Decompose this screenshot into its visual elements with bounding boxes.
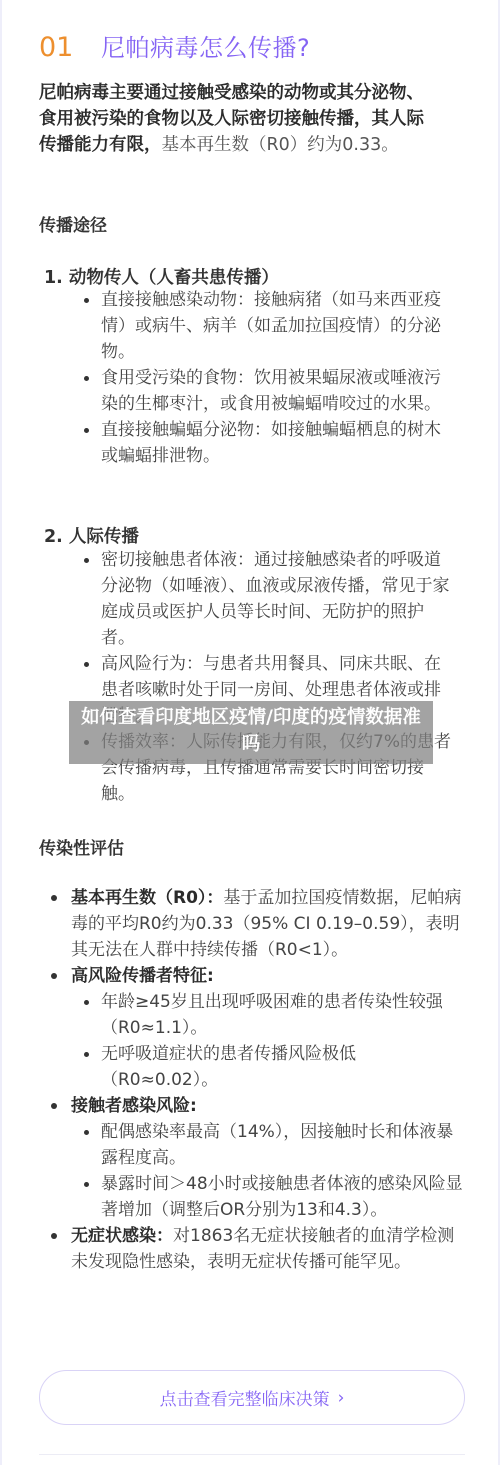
view-clinical-decision-button[interactable]: 点击查看完整临床决策 › xyxy=(39,1370,465,1425)
cta-label: 点击查看完整临床决策 xyxy=(160,1385,330,1410)
list-item: 无呼吸道症状的患者传播风险极低（R0≈0.02）。 xyxy=(81,1041,466,1093)
item-label: 基本再生数（R0）： xyxy=(71,888,223,908)
section-number: 01 xyxy=(39,32,101,63)
routes-group-2-heading: 2. 人际传播 xyxy=(44,523,139,548)
routes-heading: 传播途径 xyxy=(39,211,107,236)
item-label: 高风险传播者特征: xyxy=(71,966,214,986)
article-page: 01 尼帕病毒怎么传播? 尼帕病毒主要通过接触受感染的动物或其分泌物、食用被污染… xyxy=(0,0,500,1465)
list-item-r0: 基本再生数（R0）：基于孟加拉国疫情数据，尼帕病毒的平均R0约为0.33（95%… xyxy=(51,885,466,963)
list-item: 直接接触蝙蝠分泌物：如接触蝙蝠栖息的树木或蝙蝠排泄物。 xyxy=(81,417,451,469)
list-item: 暴露时间＞48小时或接触患者体液的感染风险显著增加（调整后OR分别为13和4.3… xyxy=(81,1171,466,1223)
title-overlay-banner: 如何查看印度地区疫情/印度的疫情数据准吗 xyxy=(69,701,433,764)
section-title: 01 尼帕病毒怎么传播? xyxy=(39,28,310,63)
item-label: 接触者感染风险: xyxy=(71,1096,197,1116)
section-heading: 尼帕病毒怎么传播? xyxy=(101,28,310,63)
list-item-high-risk: 高风险传播者特征: 年龄≥45岁且出现呼吸困难的患者传染性较强（R0≈1.1）。… xyxy=(51,963,466,1093)
routes-group-1-list: 直接接触感染动物：接触病猪（如马来西亚疫情）或病牛、病羊（如孟加拉国疫情）的分泌… xyxy=(81,287,451,469)
list-item: 食用受污染的食物：饮用被果蝠尿液或唾液污染的生椰枣汁，或食用被蝙蝠啃咬过的水果。 xyxy=(81,365,451,417)
routes-group-2-list: 密切接触患者体液：通过接触感染者的呼吸道分泌物（如唾液）、血液或尿液传播，常见于… xyxy=(81,547,451,807)
assessment-heading: 传染性评估 xyxy=(39,834,124,859)
list-item: 直接接触感染动物：接触病猪（如马来西亚疫情）或病牛、病羊（如孟加拉国疫情）的分泌… xyxy=(81,287,451,365)
list-item-asymptomatic: 无症状感染：对1863名无症状接触者的血清学检测未发现隐性感染，表明无症状传播可… xyxy=(51,1223,466,1275)
divider xyxy=(39,1454,465,1455)
list-item: 年龄≥45岁且出现呼吸困难的患者传染性较强（R0≈1.1）。 xyxy=(81,989,466,1041)
sub-list: 年龄≥45岁且出现呼吸困难的患者传染性较强（R0≈1.1）。 无呼吸道症状的患者… xyxy=(81,989,466,1093)
list-item-contact-risk: 接触者感染风险: 配偶感染率最高（14%），因接触时长和体液暴露程度高。 暴露时… xyxy=(51,1093,466,1223)
chevron-right-icon: › xyxy=(338,1388,345,1408)
intro-paragraph: 尼帕病毒主要通过接触受感染的动物或其分泌物、食用被污染的食物以及人际密切接触传播… xyxy=(39,80,439,158)
list-item: 密切接触患者体液：通过接触感染者的呼吸道分泌物（如唾液）、血液或尿液传播，常见于… xyxy=(81,547,451,651)
item-label: 无症状感染： xyxy=(71,1226,173,1246)
list-item: 配偶感染率最高（14%），因接触时长和体液暴露程度高。 xyxy=(81,1119,466,1171)
sub-list: 配偶感染率最高（14%），因接触时长和体液暴露程度高。 暴露时间＞48小时或接触… xyxy=(81,1119,466,1223)
intro-rest-text: 基本再生数（R0）约为0.33。 xyxy=(162,135,399,155)
routes-group-1-heading: 1. 动物传人（人畜共患传播） xyxy=(44,264,279,289)
assessment-list: 基本再生数（R0）：基于孟加拉国疫情数据，尼帕病毒的平均R0约为0.33（95%… xyxy=(51,885,466,1275)
